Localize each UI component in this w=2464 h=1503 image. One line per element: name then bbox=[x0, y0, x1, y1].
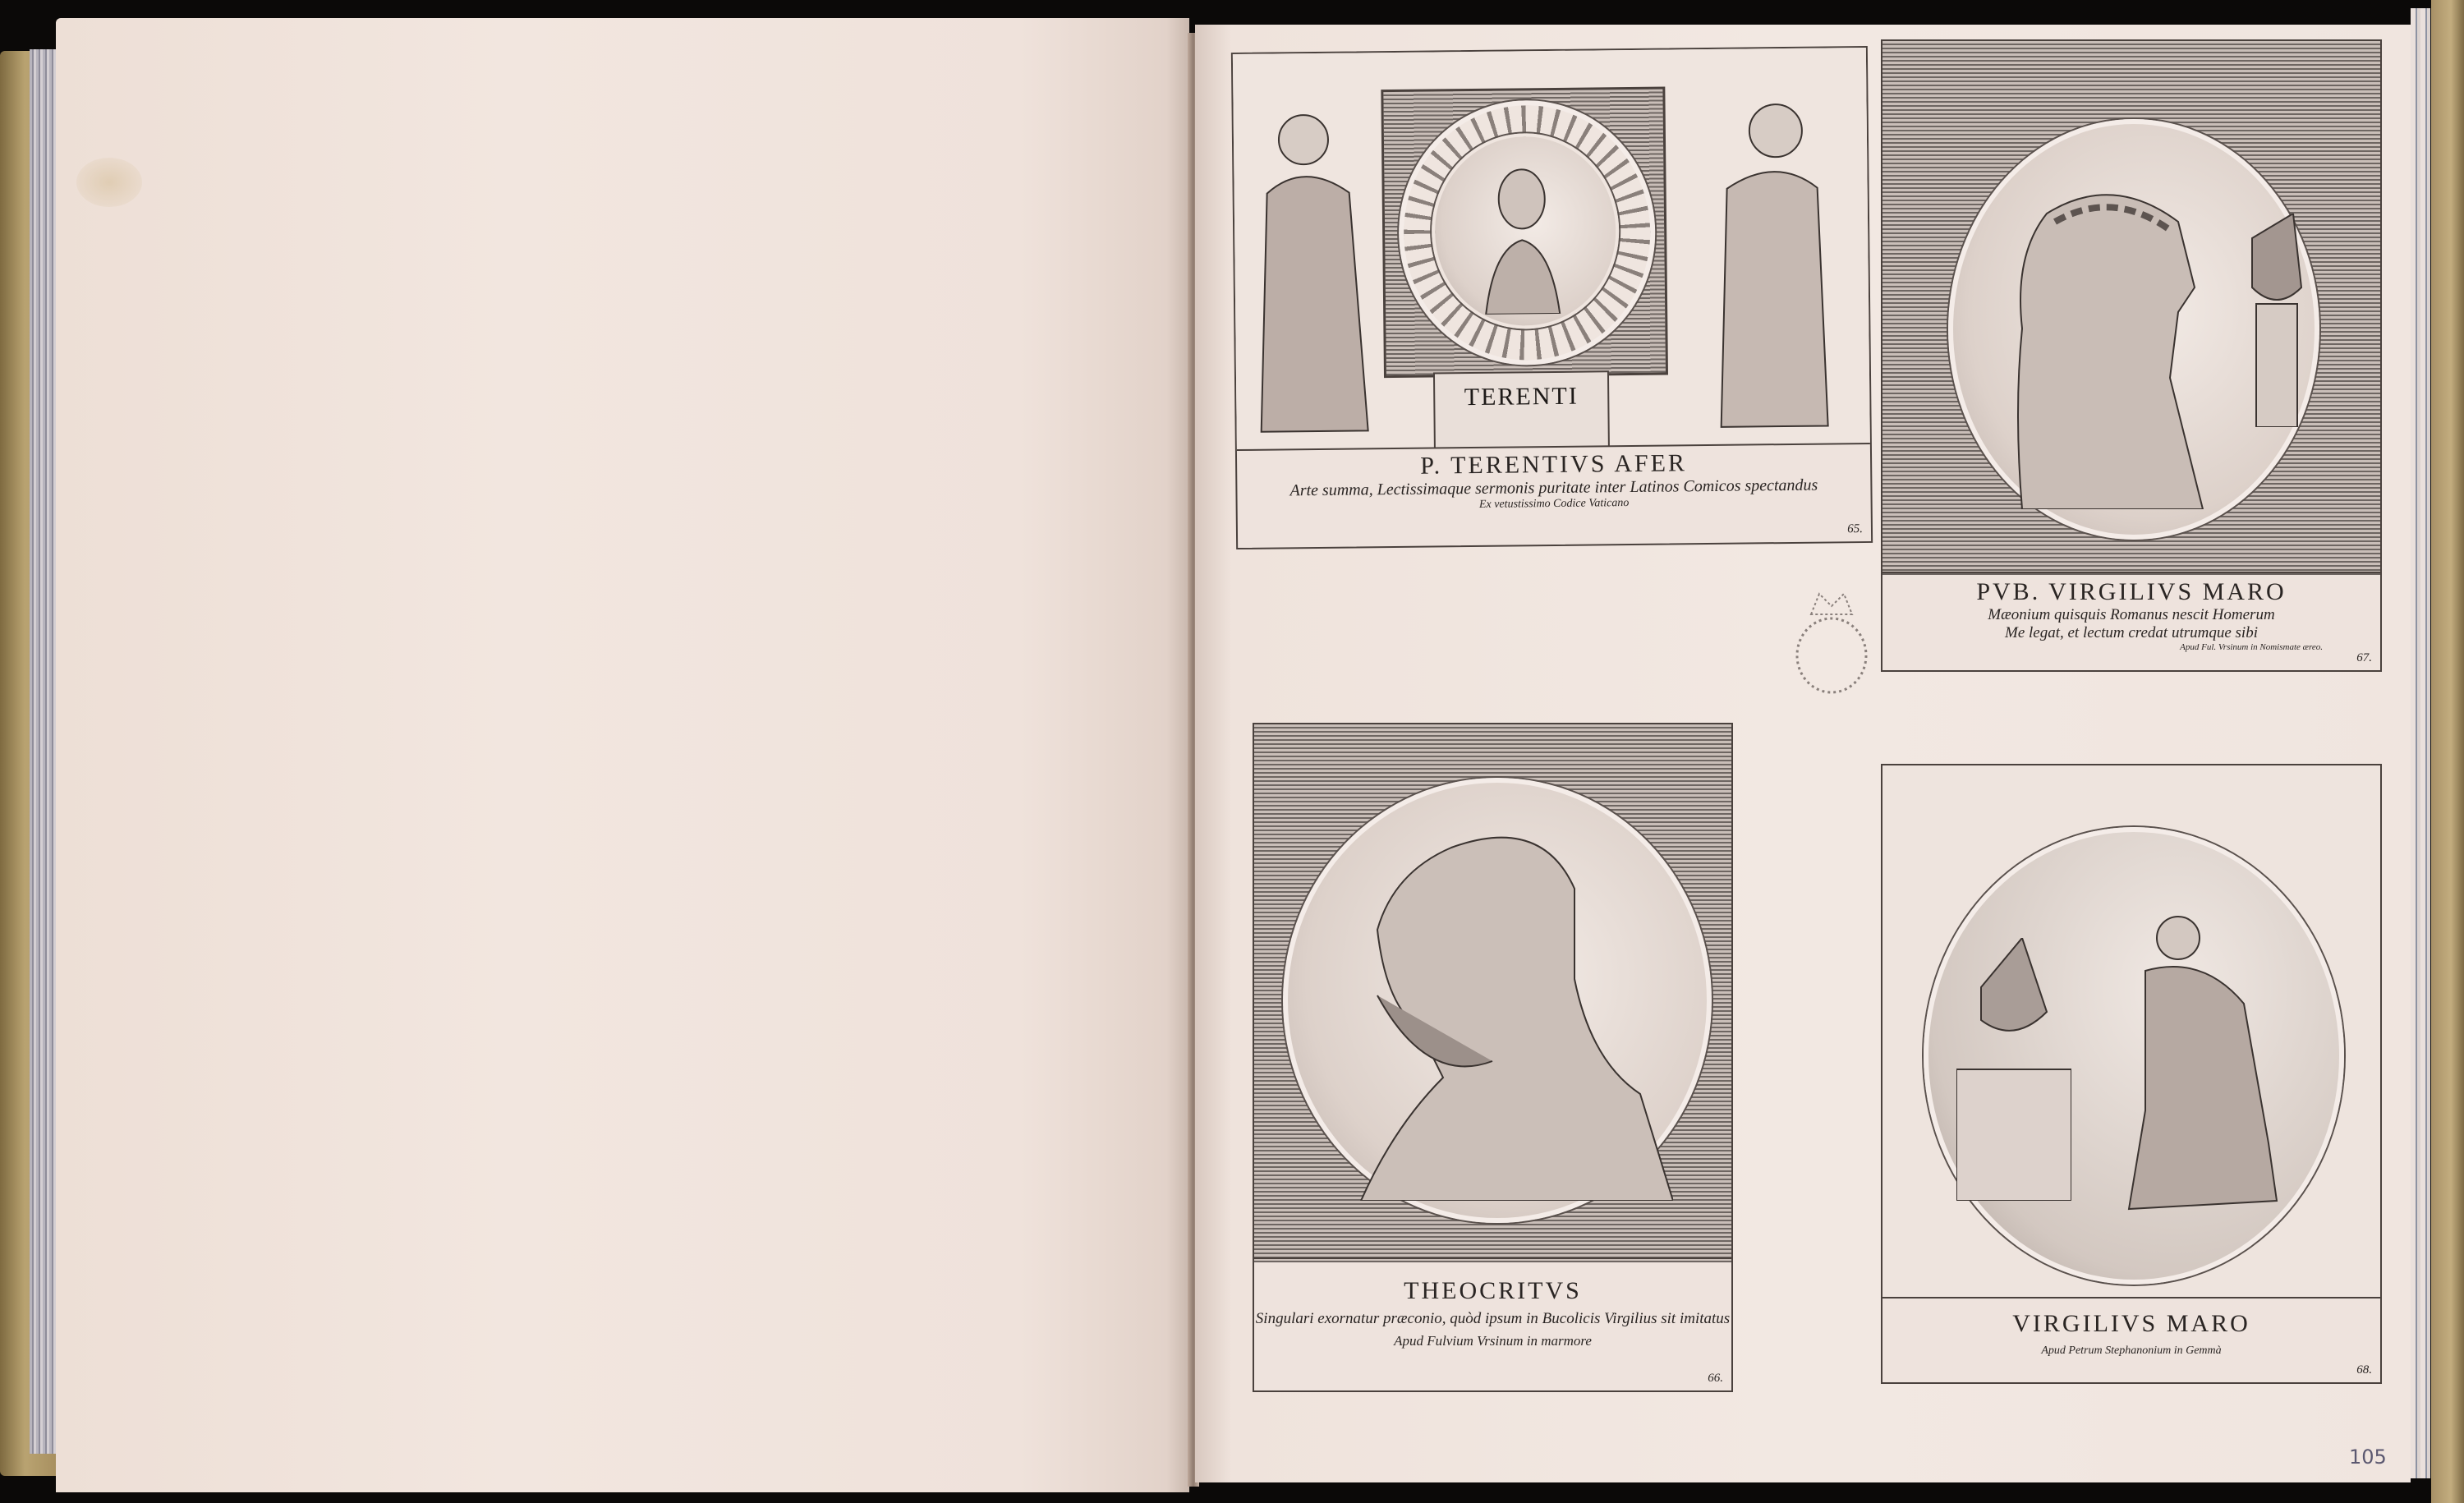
theocritus-bust bbox=[1328, 815, 1673, 1201]
library-stamp bbox=[1786, 590, 1877, 696]
folio-number: 105 bbox=[2349, 1446, 2387, 1469]
plate-verse-1: Mæonium quisquis Romanus nescit Homerum bbox=[1882, 606, 2380, 624]
plate-source: Apud Petrum Stephanonium in Gemmà bbox=[1882, 1344, 2380, 1358]
plate-terentius: TERENTI P. TERENTIVS AFER Arte summa, Le… bbox=[1231, 46, 1873, 549]
plate-number: 65. bbox=[1847, 522, 1863, 536]
plate-theocritus: THEOCRITVS Singulari exornatur præconio,… bbox=[1253, 723, 1733, 1392]
virgil-profile bbox=[1989, 164, 2236, 509]
left-page bbox=[56, 18, 1189, 1492]
pedestal: TERENTI bbox=[1433, 370, 1610, 449]
terence-bust bbox=[1476, 158, 1568, 315]
masked-actor-left bbox=[1250, 102, 1377, 440]
plate-number: 67. bbox=[2356, 651, 2372, 665]
plate-virgilius-gem: VIRGILIVS MARO Apud Petrum Stephanonium … bbox=[1881, 764, 2382, 1384]
page-stack-left bbox=[30, 49, 57, 1454]
page-stack-right bbox=[2411, 8, 2430, 1478]
plate-virgilius-coin: PVB. VIRGILIVS MARO Mæonium quisquis Rom… bbox=[1881, 39, 2382, 672]
plate-title: THEOCRITVS bbox=[1254, 1259, 1731, 1305]
masked-actor-right bbox=[1693, 89, 1836, 435]
foxing-stain bbox=[76, 158, 142, 207]
plate-motto: Singulari exornatur præconio, quòd ipsum… bbox=[1254, 1310, 1731, 1328]
plate-number: 68. bbox=[2356, 1363, 2372, 1377]
plate-title: VIRGILIVS MARO bbox=[1882, 1298, 2380, 1338]
plate-title: PVB. VIRGILIVS MARO bbox=[1882, 573, 2380, 606]
plate-number: 66. bbox=[1708, 1372, 1723, 1386]
plate-source: Apud Fulvium Vrsinum in marmore bbox=[1254, 1333, 1731, 1349]
book-binding-right bbox=[2431, 0, 2464, 1503]
mask-on-altar bbox=[1956, 938, 2071, 1201]
plate-source: Apud Ful. Vrsinum in Nomismate æreo. bbox=[1882, 642, 2380, 652]
herm-mask bbox=[2244, 214, 2310, 427]
plate-verse-2: Me legat, et lectum credat utrumque sibi bbox=[1882, 624, 2380, 642]
seated-virgil bbox=[2080, 905, 2293, 1217]
pedestal-inscription: TERENTI bbox=[1435, 372, 1607, 411]
